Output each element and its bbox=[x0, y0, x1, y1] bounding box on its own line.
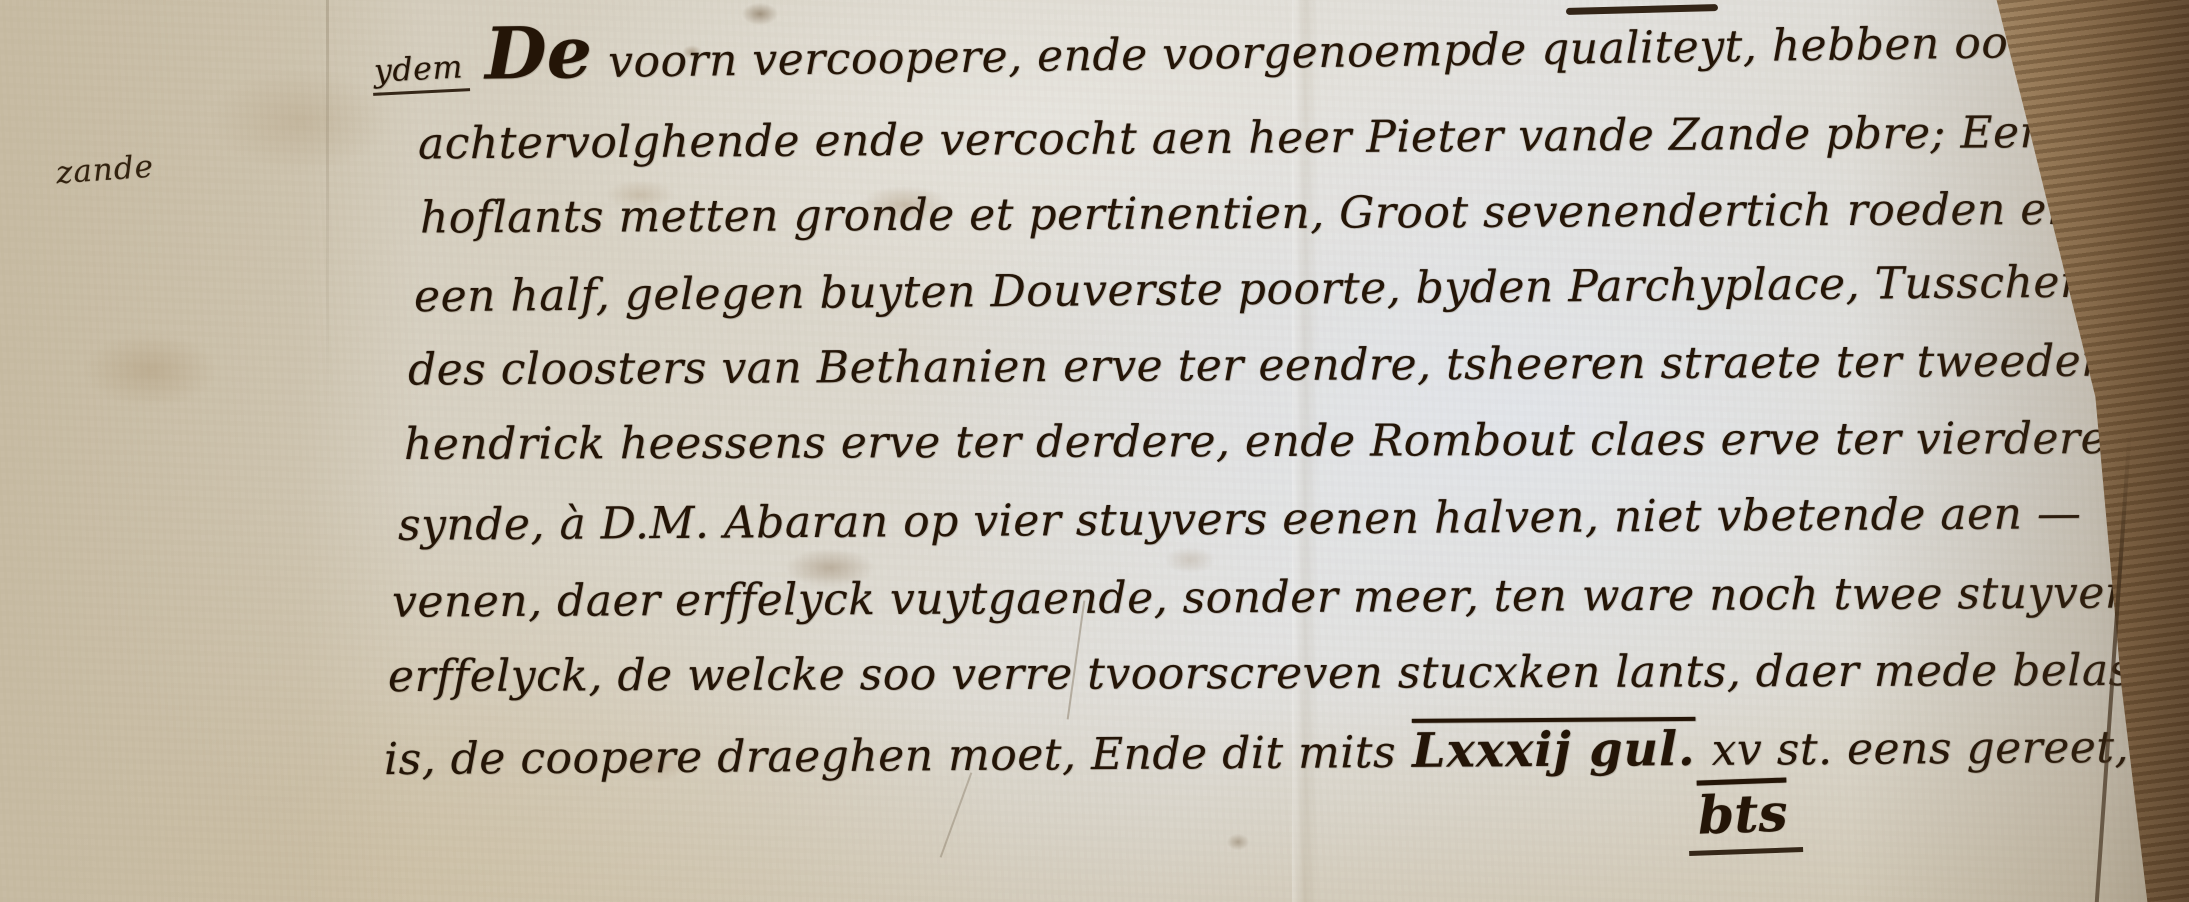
manuscript-line: een half, gelegen buyten Douverste poort… bbox=[414, 257, 2089, 323]
text-segment: des cloosters van Bethanien erve ter een… bbox=[408, 335, 2130, 395]
text-segment: ydem bbox=[371, 49, 470, 96]
manuscript-line: erffelyck, de welcke soo verre tvoorscre… bbox=[388, 645, 2150, 702]
footnote-abbreviation: bts bbox=[1687, 782, 1803, 856]
text-segment: hoflants metten gronde et pertinentien, … bbox=[420, 184, 2131, 244]
text-segment: is, de coopere draeghen moet, Ende dit m… bbox=[384, 727, 1396, 785]
text-segment: een half, gelegen buyten Douverste poort… bbox=[414, 257, 2089, 323]
manuscript-line: hoflants metten gronde et pertinentien, … bbox=[420, 184, 2131, 244]
text-segment: hendrick heessens erve ter derdere, ende… bbox=[404, 413, 2122, 470]
text-segment: synde, à D.M. Abaran op vier stuyvers ee… bbox=[398, 488, 2082, 551]
text-segment: Lxxxij gul. bbox=[1412, 721, 1696, 779]
text-segment: venen, daer erffelyck vuytgaende, sonder… bbox=[392, 567, 2150, 627]
text-segment: xv st. eens gereet, bbox=[1711, 722, 2129, 776]
manuscript-page: zande ydemDevoorn vercoopere, ende voorg… bbox=[0, 0, 2189, 902]
manuscript-line: venen, daer erffelyck vuytgaende, sonder… bbox=[392, 567, 2150, 627]
text-segment: voorn vercoopere, ende voorgenoempde qua… bbox=[608, 16, 2120, 88]
manuscript-line: synde, à D.M. Abaran op vier stuyvers ee… bbox=[398, 488, 2082, 551]
text-segment: erffelyck, de welcke soo verre tvoorscre… bbox=[388, 645, 2150, 702]
text-block: ydemDevoorn vercoopere, ende voorgenoemp… bbox=[0, 0, 2189, 902]
manuscript-line: hendrick heessens erve ter derdere, ende… bbox=[404, 413, 2122, 470]
text-segment: De bbox=[484, 10, 592, 95]
manuscript-line: des cloosters van Bethanien erve ter een… bbox=[408, 335, 2130, 395]
text-segment: achtervolghende ende vercocht aen heer P… bbox=[418, 106, 2189, 170]
manuscript-line: ydemDevoorn vercoopere, ende voorgenoemp… bbox=[372, 16, 2120, 94]
manuscript-line: achtervolghende ende vercocht aen heer P… bbox=[418, 106, 2189, 170]
manuscript-line: is, de coopere draeghen moet, Ende dit m… bbox=[384, 718, 2129, 786]
